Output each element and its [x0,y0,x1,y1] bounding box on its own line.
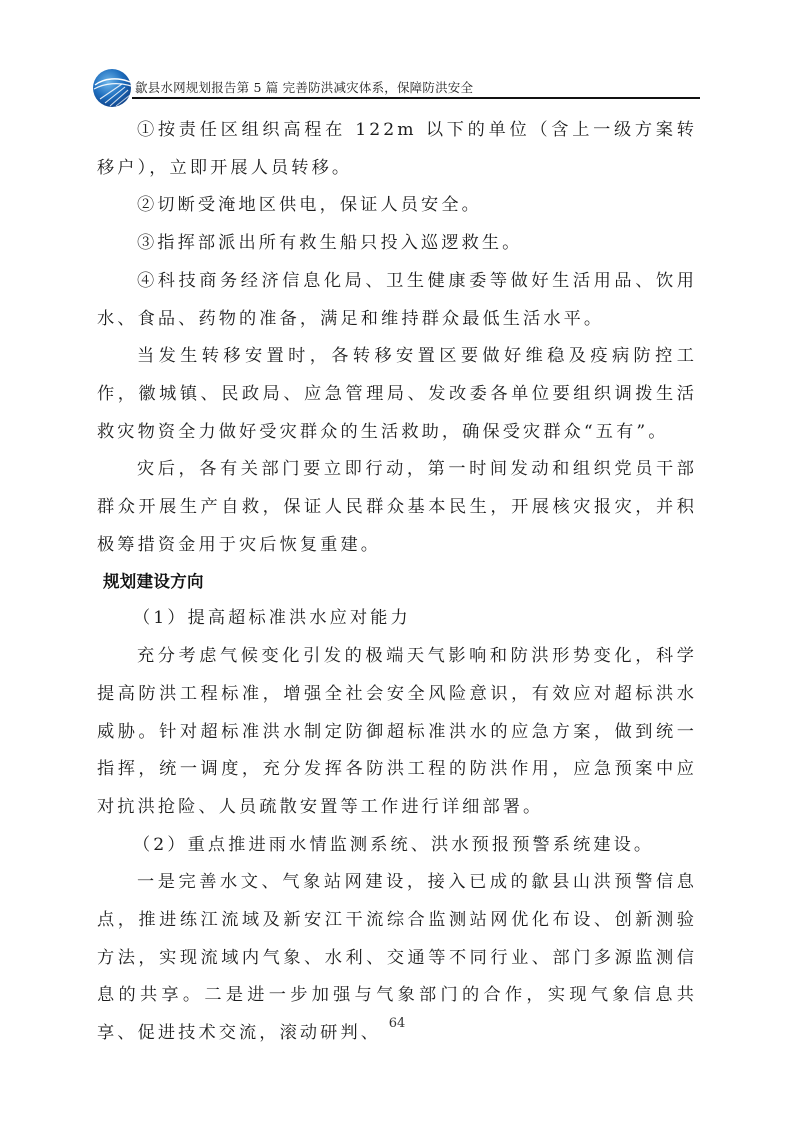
section-heading: 规划建设方向 [103,564,697,600]
document-body: ①按责任区组织高程在 122m 以下的单位（含上一级方案转移户），立即开展人员转… [97,112,697,1053]
page-number: 64 [0,1016,794,1031]
subsection-1-paragraph: 充分考虑气候变化引发的极端天气影响和防洪形势变化，科学提高防洪工程标准，增强全社… [97,638,697,827]
header-title: 歙县水网规划报告第 5 篇 完善防洪减灾体系，保障防洪安全 [135,80,473,96]
water-network-logo-icon [92,68,132,108]
header-divider [132,97,700,99]
subsection-1-title: （1）提高超标准洪水应对能力 [97,600,697,638]
paragraph-evacuation-step-2: ②切断受淹地区供电，保证人员安全。 [97,187,697,225]
paragraph-evacuation-step-3: ③指挥部派出所有救生船只投入巡逻救生。 [97,225,697,263]
paragraph-resettlement: 当发生转移安置时，各转移安置区要做好维稳及疫病防控工作，徽城镇、民政局、应急管理… [97,338,697,451]
subsection-2-title: （2）重点推进雨水情监测系统、洪水预报预警系统建设。 [97,827,697,865]
page-header: 歙县水网规划报告第 5 篇 完善防洪减灾体系，保障防洪安全 [92,64,700,106]
paragraph-evacuation-step-1: ①按责任区组织高程在 122m 以下的单位（含上一级方案转移户），立即开展人员转… [97,112,697,187]
paragraph-evacuation-step-4: ④科技商务经济信息化局、卫生健康委等做好生活用品、饮用水、食品、药物的准备，满足… [97,263,697,338]
paragraph-post-disaster: 灾后，各有关部门要立即行动，第一时间发动和组织党员干部群众开展生产自救，保证人民… [97,451,697,564]
